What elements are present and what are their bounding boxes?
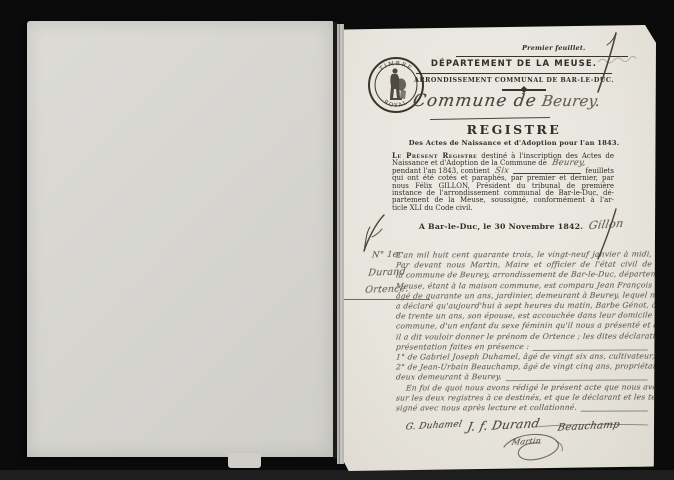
manuscript-text: présentation faites en présence : bbox=[395, 342, 529, 353]
manuscript-rule bbox=[533, 349, 648, 351]
register-subtitle: Des Actes de Naissance et d'Adoption pou… bbox=[374, 139, 654, 147]
left-blank-page bbox=[27, 21, 333, 457]
header-rule-bottom bbox=[416, 73, 612, 74]
signature-underline-icon bbox=[534, 417, 654, 433]
handwritten-commune-fill: Beurey, bbox=[551, 160, 586, 167]
preamble-paragraph: Le Présent Registre destiné à l'inscript… bbox=[392, 152, 614, 212]
commune-handwritten-name: Beurey. bbox=[541, 92, 602, 110]
manuscript-line: deux demeurant à Beurey. bbox=[395, 372, 652, 383]
manuscript-line: commune, d'un enfant du sexe féminin qu'… bbox=[395, 321, 652, 332]
handwritten-count-fill: Six bbox=[494, 168, 509, 175]
dateline: A Bar-le-Duc, le 30 Novembre 1842. bbox=[396, 222, 606, 231]
archive-photo: Premier feuillet. DÉPARTEMENT DE LA MEUS… bbox=[0, 0, 674, 480]
manuscript-text: signé avec nous après lecture et collati… bbox=[395, 403, 577, 414]
manuscript-rule bbox=[581, 410, 648, 411]
manuscript-rule bbox=[506, 380, 648, 382]
manuscript-text: deux demeurant à Beurey. bbox=[395, 373, 502, 384]
page-tab bbox=[228, 453, 261, 468]
pencil-annotation-icon bbox=[596, 53, 646, 67]
witness-signature-left: G. Duhamel bbox=[405, 420, 463, 433]
commune-line: Commune de Beurey. bbox=[392, 91, 622, 111]
table-surface bbox=[0, 470, 674, 480]
page-edges-stack bbox=[337, 24, 344, 464]
commune-underline bbox=[430, 117, 550, 120]
birth-act-manuscript: L'an mil huit cent quarante trois, le vi… bbox=[396, 250, 652, 413]
register-title: REGISTRE bbox=[384, 122, 644, 137]
register-page: Premier feuillet. DÉPARTEMENT DE LA MEUS… bbox=[344, 25, 656, 471]
manuscript-line: la commune de Beurey, arrondissement de … bbox=[395, 270, 652, 281]
commune-printed-label: Commune de bbox=[412, 91, 539, 111]
manuscript-line: signé avec nous après lecture et collati… bbox=[395, 402, 652, 413]
sheet-number-label: Premier feuillet. bbox=[522, 44, 585, 52]
preamble-line: ticle XLI du Code civil. bbox=[392, 205, 614, 212]
officer-paraph-flourish-icon bbox=[496, 427, 566, 467]
